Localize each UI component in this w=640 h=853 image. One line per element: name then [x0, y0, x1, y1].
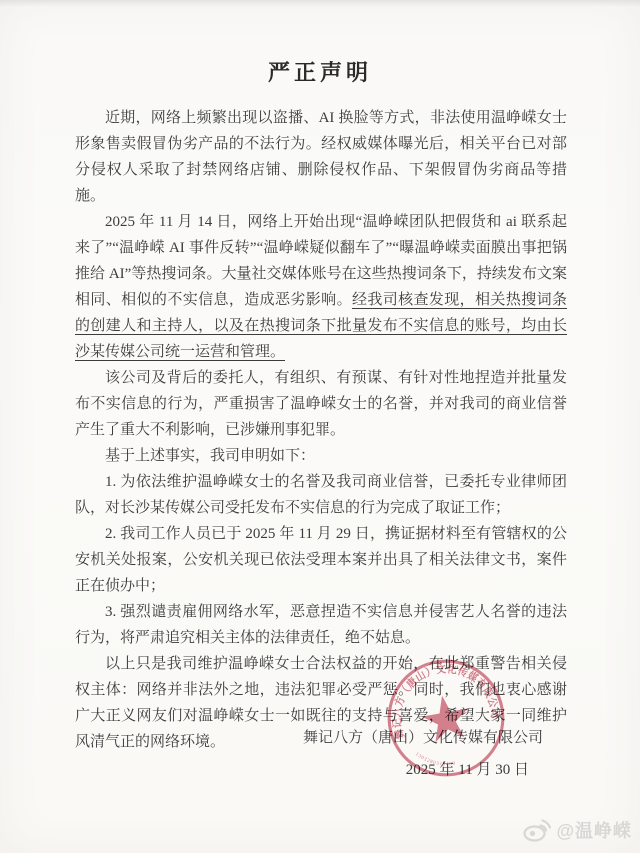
- weibo-watermark: @温峥嵘: [523, 817, 632, 843]
- weibo-icon: [523, 818, 551, 842]
- paragraph-intro: 近期，网络上频繁出现以盗播、AI 换脸等方式，非法使用温峥嵘女士形象售卖假冒伪劣…: [75, 105, 567, 209]
- document-body: 近期，网络上频繁出现以盗播、AI 换脸等方式，非法使用温峥嵘女士形象售卖假冒伪劣…: [75, 105, 567, 755]
- signature-company: 舞记八方（唐山）文化传媒有限公司: [303, 722, 543, 754]
- weibo-handle: @温峥嵘: [556, 817, 632, 843]
- paragraph-hotsearch: 2025 年 11 月 14 日，网络上开始出现“温峥嵘团队把假货和 ai 联系…: [75, 209, 567, 365]
- statement-item-3: 3. 强烈谴责雇佣网络水军，恶意捏造不实信息并侵害艺人名誉的违法行为，将严肃追究…: [75, 599, 567, 651]
- document-photo: 严正声明 近期，网络上频繁出现以盗播、AI 换脸等方式，非法使用温峥嵘女士形象售…: [0, 0, 640, 853]
- signature-block: 舞记八方（唐山）文化传媒有限公司 2025 年 11 月 30 日: [303, 722, 543, 786]
- statement-item-1: 1. 为依法维护温峥嵘女士的名誉及我司商业信誉，已委托专业律师团队，对长沙某传媒…: [75, 469, 567, 521]
- page-title: 严正声明: [0, 56, 640, 87]
- statement-lead: 基于上述事实，我司申明如下：: [75, 443, 567, 469]
- paragraph-accusation: 该公司及背后的委托人，有组织、有预谋、有针对性地捏造并批量发布不实信息的行为，严…: [75, 365, 567, 443]
- statement-item-2: 2. 我司工作人员已于 2025 年 11 月 29 日，携证据材料至有管辖权的…: [75, 521, 567, 599]
- signature-date: 2025 年 11 月 30 日: [303, 754, 543, 786]
